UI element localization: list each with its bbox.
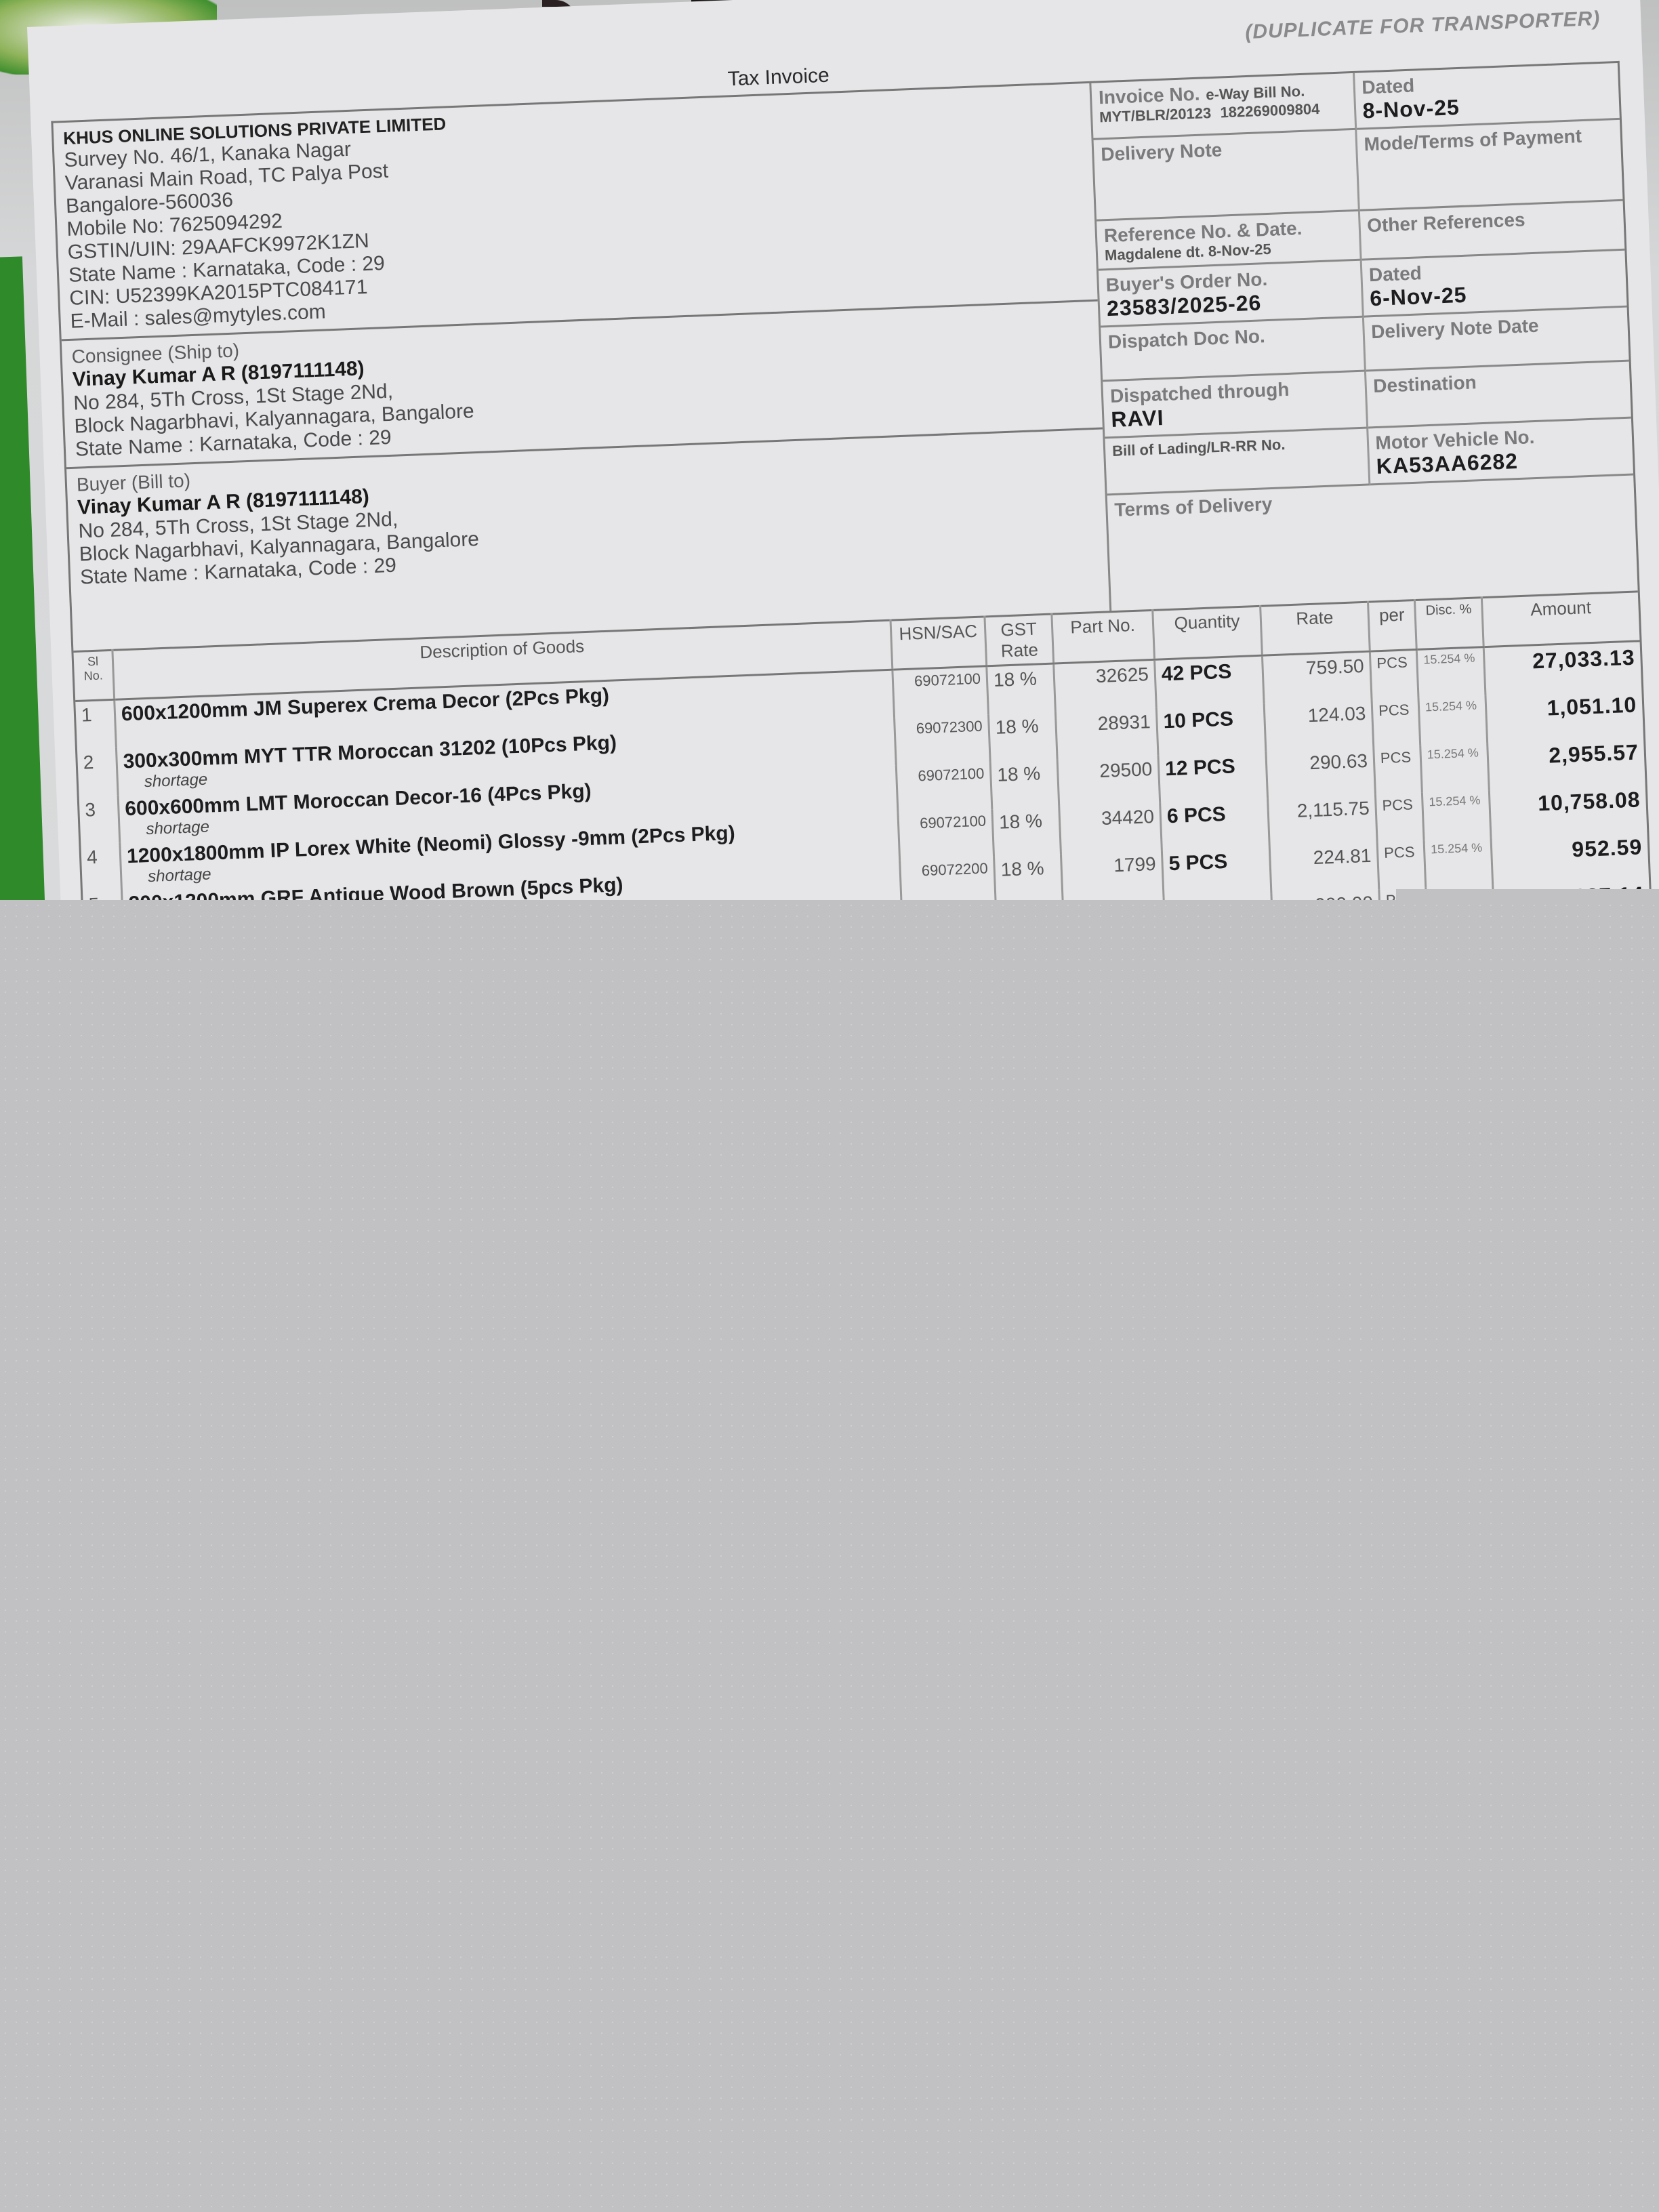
- row-gst-rate: 18 %: [987, 663, 1056, 714]
- col-quantity: Quantity: [1153, 606, 1263, 659]
- eway-bill-label: e-Way Bill No.: [1206, 83, 1305, 104]
- row-per: PCS: [1370, 649, 1418, 699]
- terms-of-delivery-cell: Terms of Delivery: [1107, 476, 1638, 611]
- invoice-no-value: MYT/BLR/20123: [1099, 104, 1212, 125]
- invoice-no-cell: Invoice No. e-Way Bill No. MYT/BLR/20123…: [1091, 73, 1356, 140]
- row-part-no: 32625: [1054, 659, 1157, 712]
- col-part-no: Part No.: [1052, 610, 1155, 663]
- row-per: PCS: [1377, 840, 1426, 890]
- bill-of-lading-cell: Bill of Lading/LR-RR No.: [1105, 428, 1370, 495]
- row-gst-rate: 18 %: [992, 806, 1061, 857]
- row-discount: 15.254 %: [1420, 743, 1490, 793]
- row-hsn: 69072100: [898, 809, 994, 860]
- row-per: PCS: [1374, 745, 1422, 795]
- payment-terms-label: Mode/Terms of Payment: [1364, 124, 1614, 155]
- invoice-header-grid: KHUS ONLINE SOLUTIONS PRIVATE LIMITED Su…: [51, 61, 1658, 900]
- row-quantity: 10 PCS: [1156, 704, 1266, 756]
- dispatched-through-cell: Dispatched through RAVI: [1103, 372, 1368, 439]
- row-amount: 952.59: [1491, 832, 1649, 885]
- copy-label: (DUPLICATE FOR TRANSPORTER): [1245, 7, 1601, 44]
- row-quantity: 5 PCS: [1162, 846, 1271, 898]
- row-discount: 15.254 %: [1416, 647, 1486, 698]
- row-sl: 1: [75, 699, 116, 750]
- row-rate: 2,115.75: [1268, 794, 1378, 846]
- delivery-note-label: Delivery Note: [1101, 134, 1349, 165]
- row-sl: 4: [81, 843, 121, 892]
- row-rate: 759.50: [1262, 651, 1372, 704]
- eway-bill-value: 182269009804: [1220, 100, 1320, 121]
- invoice-sheet: (DUPLICATE FOR TRANSPORTER) Tax Invoice …: [27, 0, 1659, 900]
- parties-column: KHUS ONLINE SOLUTIONS PRIVATE LIMITED Su…: [53, 83, 1111, 651]
- delivery-note-date-label: Delivery Note Date: [1371, 312, 1621, 343]
- row-hsn: 69072300: [895, 714, 991, 765]
- col-amount: Amount: [1481, 592, 1639, 647]
- col-gst-rate: GST Rate: [985, 614, 1054, 666]
- row-part-no: 1799: [1061, 851, 1164, 900]
- row-hsn: 69072200: [900, 857, 996, 900]
- row-hsn: 69072100: [896, 762, 992, 813]
- row-amount: 1,051.10: [1486, 689, 1643, 743]
- delivery-note-date-cell: Delivery Note Date: [1364, 308, 1629, 372]
- row-gst-rate: 18 %: [988, 712, 1057, 762]
- row-per: PCS: [1372, 698, 1420, 747]
- redaction-overlay: [0, 900, 1659, 2212]
- row-part-no: 29500: [1057, 756, 1160, 807]
- row-rate: 224.81: [1269, 842, 1379, 893]
- row-quantity: 6 PCS: [1160, 799, 1270, 851]
- col-hsn: HSN/SAC: [890, 617, 987, 670]
- row-hsn: 69072100: [893, 666, 989, 718]
- row-sl: 2: [77, 748, 118, 797]
- row-discount: 15.254 %: [1422, 790, 1491, 840]
- photo-background: (DUPLICATE FOR TRANSPORTER) Tax Invoice …: [0, 0, 1659, 900]
- invoice-title: Tax Invoice: [727, 64, 829, 91]
- row-per: PCS: [1375, 793, 1424, 842]
- dispatch-doc-cell: Dispatch Doc No.: [1101, 318, 1366, 382]
- col-rate: Rate: [1261, 602, 1370, 655]
- row-rate: 290.63: [1266, 747, 1376, 799]
- row-amount: 2,955.57: [1488, 737, 1645, 790]
- seller-block: KHUS ONLINE SOLUTIONS PRIVATE LIMITED Su…: [53, 83, 1097, 341]
- row-sl: 5: [83, 890, 123, 900]
- row-discount: 15.254 %: [1424, 838, 1493, 888]
- row-discount: 15.254 %: [1418, 695, 1488, 745]
- row-part-no: 28931: [1055, 708, 1158, 760]
- row-quantity: 12 PCS: [1158, 752, 1268, 803]
- background-green-package: [0, 256, 45, 900]
- row-sl: 3: [79, 796, 120, 844]
- invoice-no-label: Invoice No.: [1099, 83, 1200, 108]
- payment-terms-cell: Mode/Terms of Payment: [1357, 120, 1623, 211]
- row-amount: 10,758.08: [1489, 784, 1647, 838]
- row-part-no: 34420: [1059, 803, 1162, 855]
- bill-of-lading-label: Bill of Lading/LR-RR No.: [1112, 433, 1360, 460]
- row-amount: 27,033.13: [1483, 641, 1641, 695]
- row-gst-rate: 18 %: [994, 854, 1063, 900]
- buyers-order-cell: Buyer's Order No. 23583/2025-26: [1099, 261, 1364, 328]
- dated-cell: Dated 8-Nov-25: [1355, 63, 1620, 130]
- row-rate: 124.03: [1264, 700, 1374, 752]
- row-quantity: 42 PCS: [1155, 655, 1265, 708]
- destination-label: Destination: [1373, 366, 1623, 397]
- other-references-label: Other References: [1367, 205, 1617, 237]
- col-discount: Disc. %: [1414, 598, 1483, 650]
- row-gst-rate: 18 %: [990, 759, 1059, 809]
- invoice-meta: Invoice No. e-Way Bill No. MYT/BLR/20123…: [1091, 63, 1637, 611]
- motor-vehicle-cell: Motor Vehicle No. KA53AA6282: [1368, 419, 1633, 486]
- dispatch-doc-label: Dispatch Doc No.: [1107, 322, 1355, 353]
- delivery-note-cell: Delivery Note: [1094, 130, 1360, 222]
- destination-cell: Destination: [1366, 362, 1631, 429]
- order-dated-cell: Dated 6-Nov-25: [1361, 251, 1626, 318]
- col-per: per: [1368, 600, 1417, 652]
- col-sl: Sl No.: [73, 650, 114, 701]
